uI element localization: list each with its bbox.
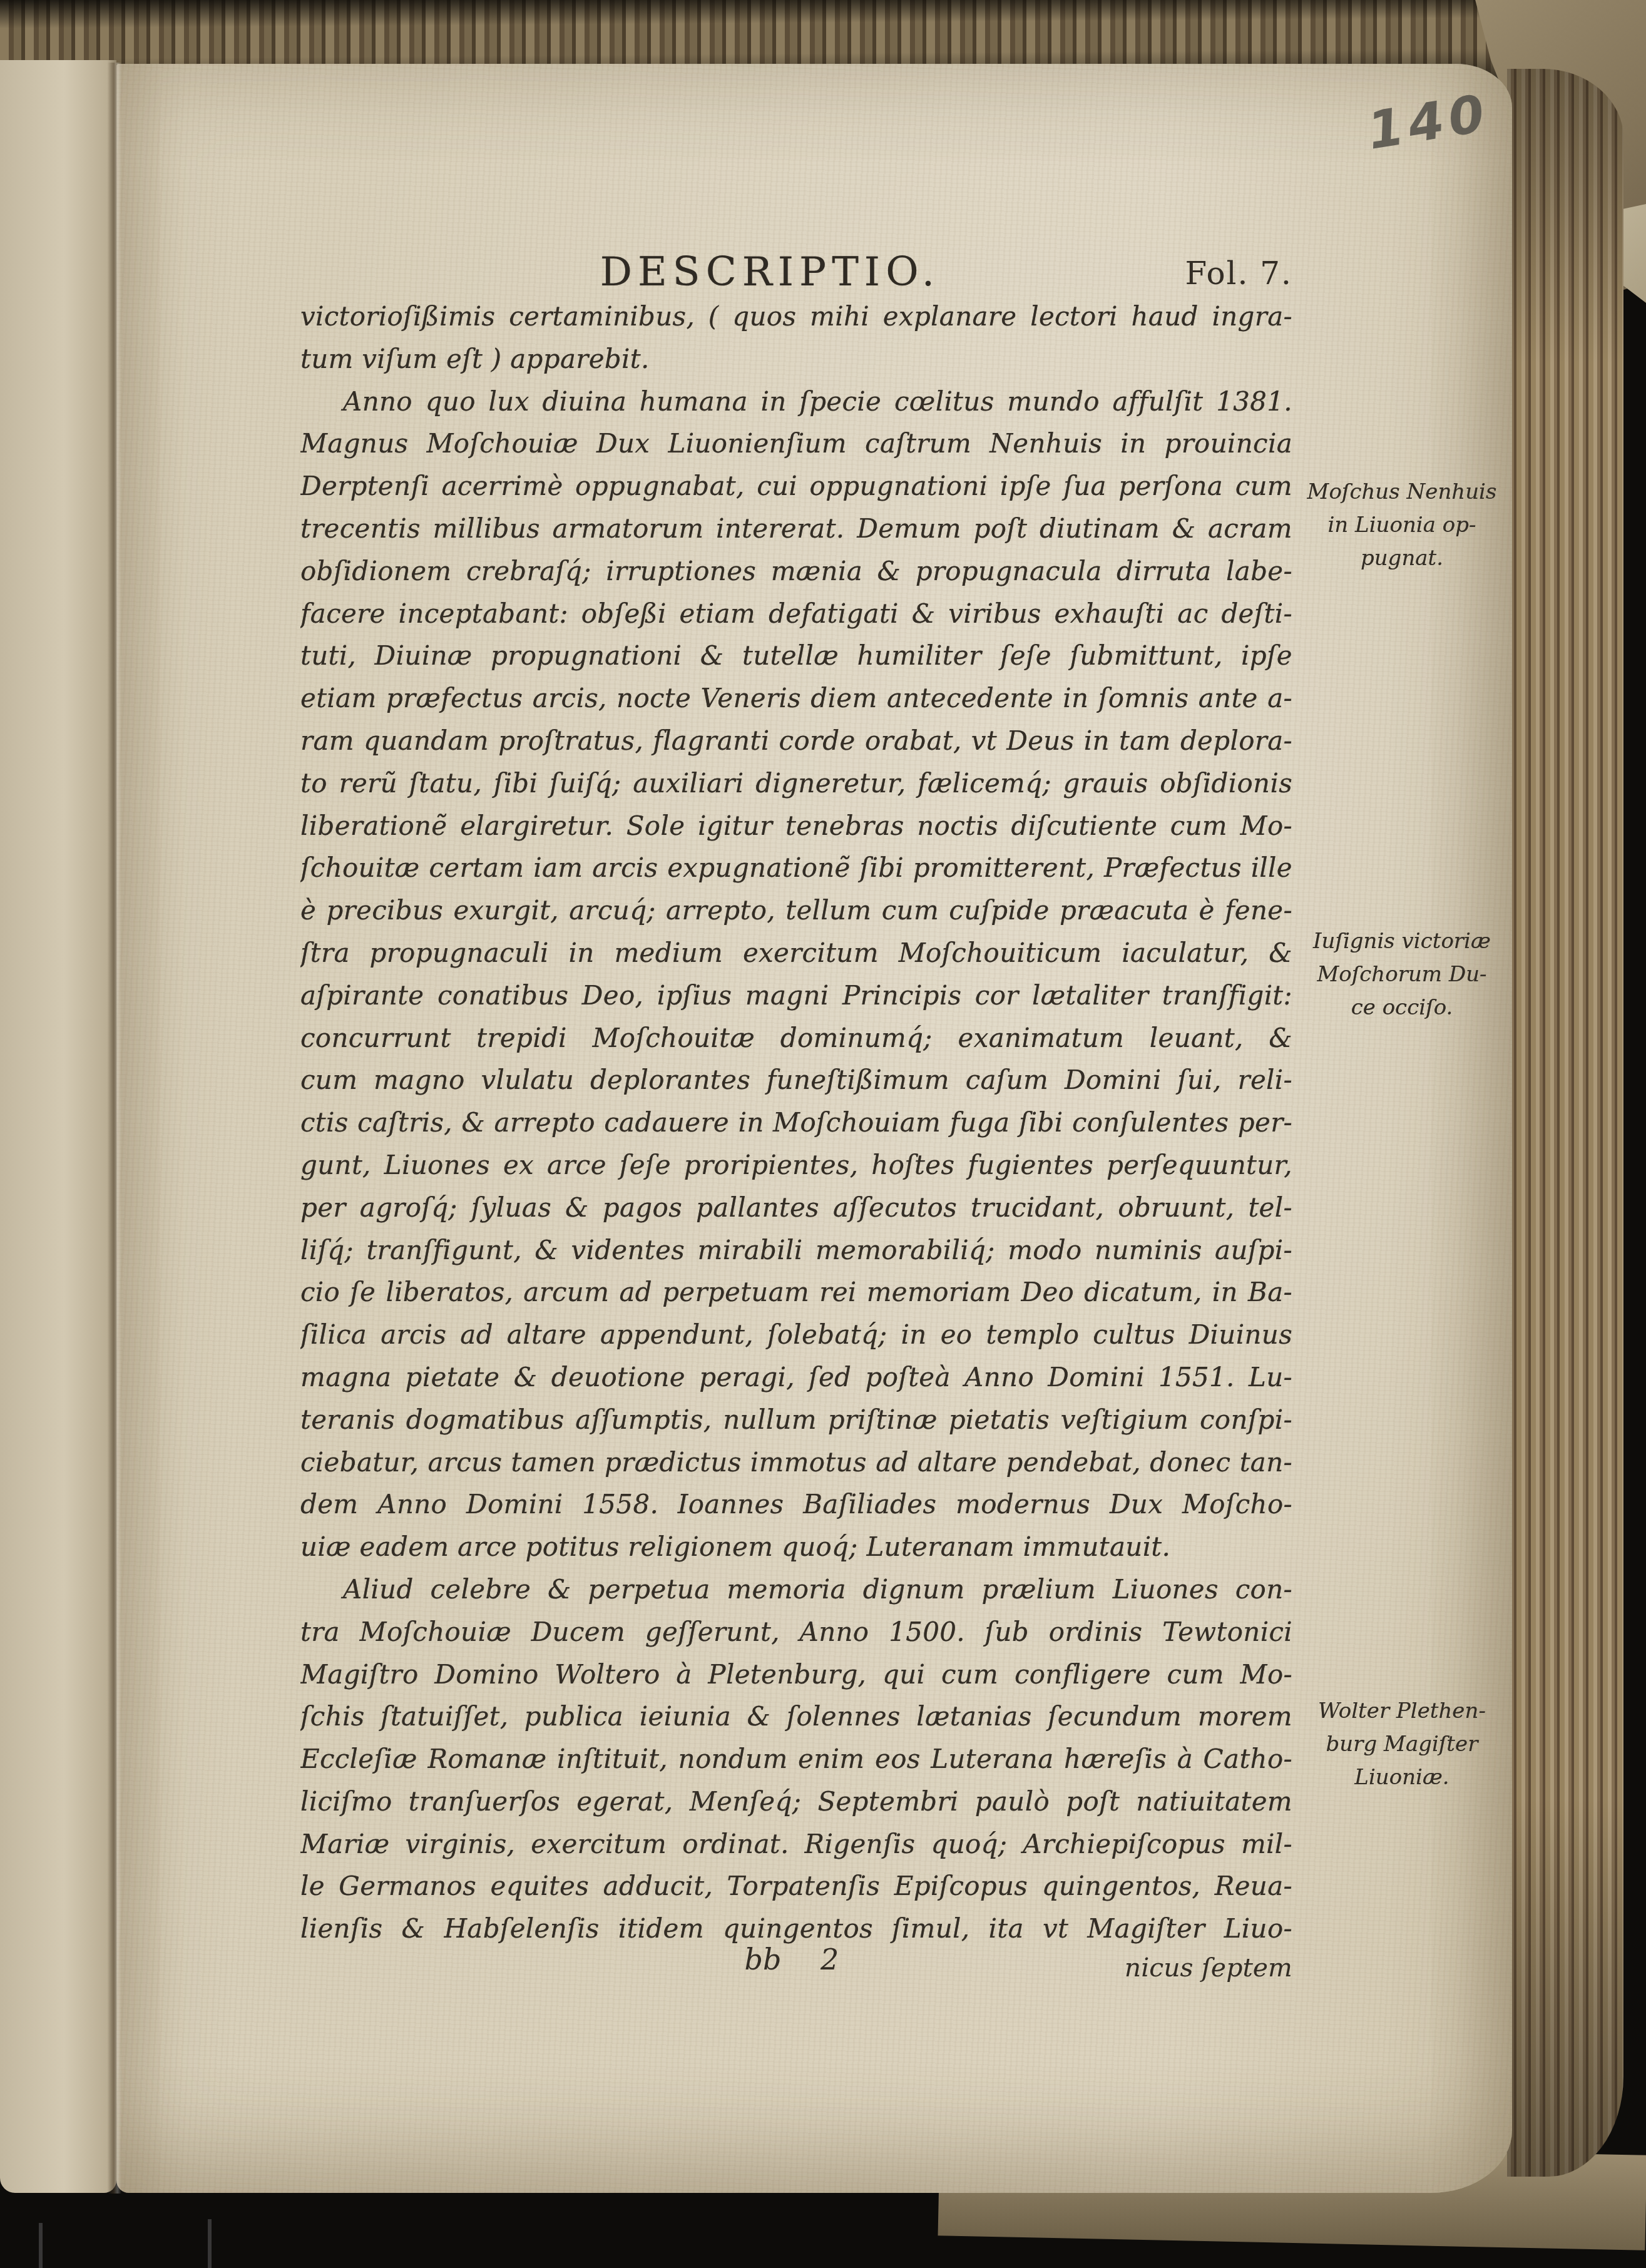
signature-mark: bb 2: [745, 1943, 839, 1976]
body-line: gunt, Liuones ex arce ſeſe proripientes,…: [300, 1144, 1292, 1187]
margin-note-line: burg Magiſter: [1297, 1728, 1507, 1761]
margin-note-line: Liuoniæ.: [1297, 1761, 1507, 1794]
body-line: Aliud celebre & perpetua memoria dignum …: [300, 1568, 1292, 1611]
body-line: Derptenſi acerrimè oppugnabat, cui oppug…: [300, 465, 1292, 508]
running-title: DESCRIPTIO.: [274, 249, 1266, 295]
body-line: ſilica arcis ad altare appendunt, ſoleba…: [300, 1314, 1292, 1356]
body-line: ctis caſtris, & arrepto cadauere in Moſc…: [300, 1101, 1292, 1144]
body-line: victorioſißimis certaminibus, ( quos mih…: [300, 295, 1292, 338]
body-line: liciſmo tranſuerſos egerat, Menſeq́; Sep…: [300, 1780, 1292, 1823]
facing-page-sliver: [0, 60, 116, 2193]
gutter-fold: [108, 63, 121, 2194]
body-line: etiam præfectus arcis, nocte Veneris die…: [300, 677, 1292, 720]
ribbon-marker: [39, 2223, 43, 2268]
body-line: cio ſe liberatos, arcum ad perpetuam rei…: [300, 1271, 1292, 1314]
margin-note-victoria: Iuſignis victoriæ Moſchorum Du- ce occiſ…: [1297, 925, 1507, 1024]
body-line: facere inceptabant: obſeßi etiam defatig…: [300, 593, 1292, 635]
margin-note-line: ce occiſo.: [1297, 991, 1507, 1024]
margin-note-line: Iuſignis victoriæ: [1297, 925, 1507, 958]
body-line: teranis dogmatibus aſſumptis, nullum pri…: [300, 1399, 1292, 1441]
body-line: tra Moſchouiæ Ducem geſſerunt, Anno 1500…: [300, 1611, 1292, 1653]
body-line: Magnus Moſchouiæ Dux Liuonienſium caſtru…: [300, 422, 1292, 465]
body-line: trecentis millibus armatorum intererat. …: [300, 508, 1292, 550]
body-line: ſchis ſtatuiſſet, publica ieiunia & ſole…: [300, 1695, 1292, 1738]
body-line: ſchouitæ certam iam arcis expugnationẽ ſ…: [300, 847, 1292, 889]
body-line: per agroſq́; ſyluas & pagos pallantes aſ…: [300, 1187, 1292, 1229]
book-photo: 140 DESCRIPTIO. Fol. 7. victorioſißimis …: [0, 0, 1646, 2268]
body-line: ciebatur, arcus tamen prædictus immotus …: [300, 1441, 1292, 1484]
margin-note-nenhuis: Moſchus Nenhuis in Liuonia op- pugnat.: [1297, 476, 1507, 575]
body-line: concurrunt trepidi Moſchouitæ dominumq́;…: [300, 1017, 1292, 1060]
body-line: uiæ eadem arce potitus religionem quoq́;…: [300, 1526, 1292, 1568]
body-line: cum magno vlulatu deplorantes funeſtißim…: [300, 1059, 1292, 1101]
margin-note-plettenberg: Wolter Plethen- burg Magiſter Liuoniæ.: [1297, 1695, 1507, 1794]
body-line: le Germanos equites adducit, Torpatenſis…: [300, 1865, 1292, 1908]
body-line: liſq́; tranſfigunt, & videntes mirabili …: [300, 1229, 1292, 1272]
ribbon-marker: [208, 2219, 212, 2268]
body-line: magna pietate & deuotione peragi, ſed po…: [300, 1356, 1292, 1399]
folio-label: Fol. 7.: [1185, 255, 1292, 292]
footer-line: bb 2 nicus ſeptem: [300, 1943, 1292, 1999]
body-line: liberationẽ elargiretur. Sole igitur ten…: [300, 805, 1292, 847]
body-line: aſpirante conatibus Deo, ipſius magni Pr…: [300, 974, 1292, 1017]
body-line: ram quandam proſtratus, flagranti corde …: [300, 720, 1292, 762]
body-line: to rerũ ſtatu, ſibi ſuiſq́; auxiliari di…: [300, 762, 1292, 805]
body-line: tum viſum eſt ) apparebit.: [300, 338, 1292, 381]
body-line: ſtra propugnaculi in medium exercitum Mo…: [300, 932, 1292, 974]
body-line: Anno quo lux diuina humana in ſpecie cœl…: [300, 381, 1292, 423]
body-text: victorioſißimis certaminibus, ( quos mih…: [300, 295, 1292, 1950]
margin-note-line: Wolter Plethen-: [1297, 1695, 1507, 1728]
page-header: DESCRIPTIO. Fol. 7.: [300, 249, 1292, 297]
body-line: è precibus exurgit, arcuq́; arrepto, tel…: [300, 889, 1292, 932]
body-line: Magiſtro Domino Woltero à Pletenburg, qu…: [300, 1653, 1292, 1696]
margin-note-line: in Liuonia op-: [1297, 509, 1507, 542]
body-line: dem Anno Domini 1558. Ioannes Baſiliades…: [300, 1483, 1292, 1526]
margin-note-line: Moſchorum Du-: [1297, 958, 1507, 991]
margin-note-line: pugnat.: [1297, 542, 1507, 575]
body-line: obſidionem crebraſq́; irruptiones mænia …: [300, 550, 1292, 593]
body-line: tuti, Diuinæ propugnationi & tutellæ hum…: [300, 635, 1292, 677]
fore-edge-page-stack: [1507, 69, 1623, 2177]
body-line: Eccleſiæ Romanæ inſtituit, nondum enim e…: [300, 1738, 1292, 1780]
margin-note-line: Moſchus Nenhuis: [1297, 476, 1507, 509]
catchword: nicus ſeptem: [1125, 1953, 1292, 1983]
body-line: Mariæ virginis, exercitum ordinat. Rigen…: [300, 1823, 1292, 1866]
